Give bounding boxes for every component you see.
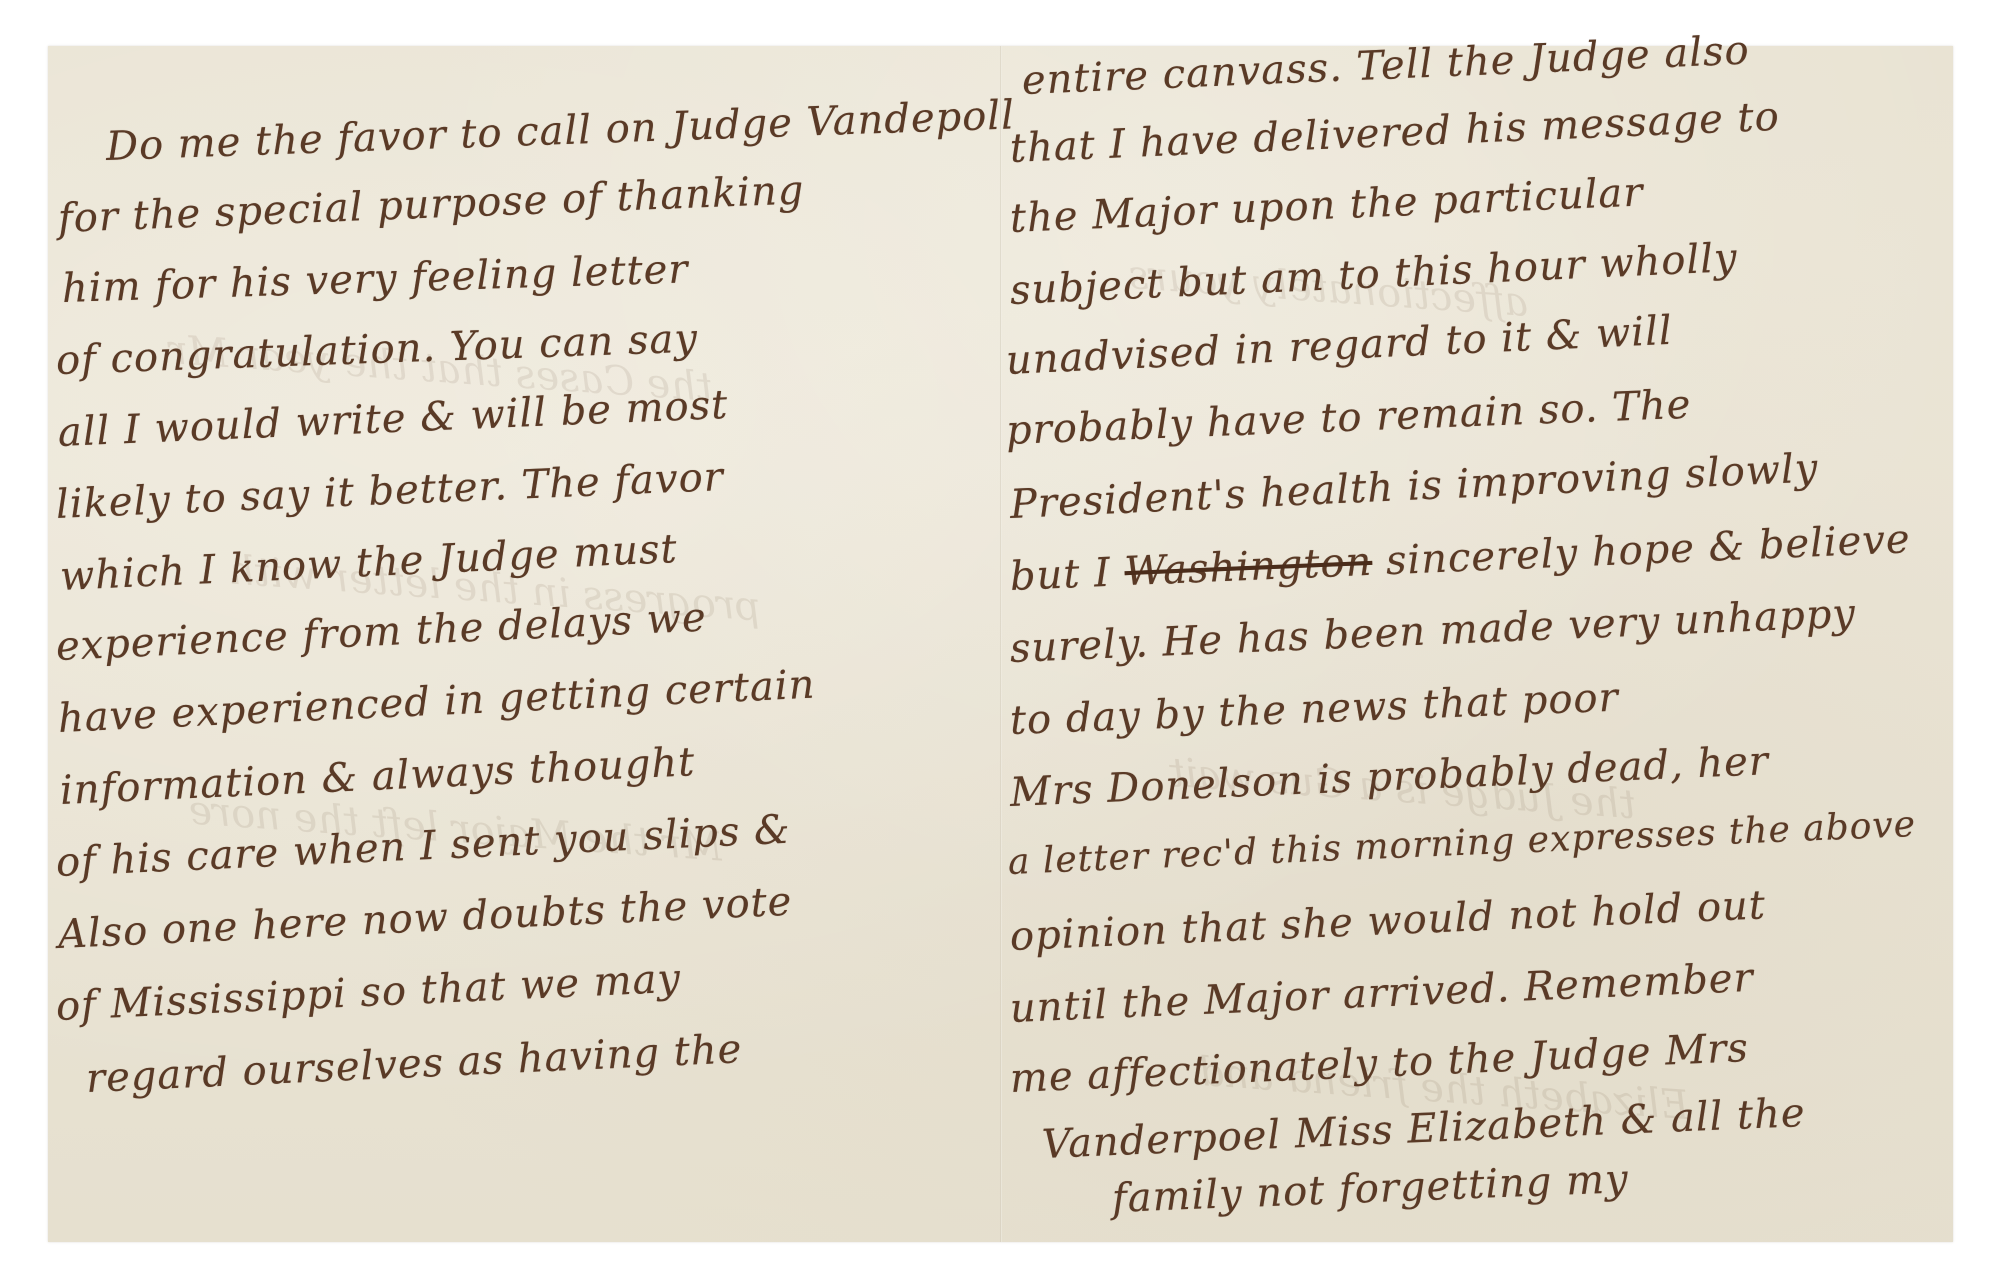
handwritten-line: all I would write & will be most: [57, 382, 729, 456]
handwritten-line: Also one here now doubts the vote: [57, 879, 793, 958]
handwritten-line: President's health is improving slowly: [1009, 445, 1819, 528]
line-end: sincerely hope & believe: [1385, 516, 1911, 584]
right-page: entire canvass. Tell the Judge also that…: [1002, 46, 1953, 1242]
crossed-out-word: Washington: [1124, 539, 1374, 595]
letter-sheet: the Cases that the year Mr progress in t…: [48, 46, 1953, 1242]
handwritten-line: Do me the favor to call on Judge Vandepo…: [105, 92, 1015, 170]
handwritten-line: him for his very feeling letter: [61, 246, 689, 312]
handwritten-line: me affectionately to the Judge Mrs: [1009, 1025, 1750, 1102]
handwritten-line: for the special purpose of thanking: [57, 167, 805, 242]
handwritten-line: which I know the Judge must: [59, 526, 679, 600]
handwritten-line: unadvised in regard to it & will: [1005, 308, 1674, 384]
handwritten-line: until the Major arrived. Remember: [1009, 955, 1754, 1032]
handwritten-line: surely. He has been made very unhappy: [1009, 591, 1857, 672]
handwritten-line: entire canvass. Tell the Judge also: [1021, 28, 1750, 104]
handwritten-line: opinion that she would not hold out: [1009, 882, 1767, 960]
handwritten-line: a letter rec'd this morning expresses th…: [1007, 804, 1917, 883]
handwritten-line: probably have to remain so. The: [1005, 382, 1692, 454]
handwritten-line: of Mississippi so that we may: [55, 956, 682, 1030]
handwritten-line: subject but am to this hour wholly: [1009, 235, 1739, 314]
handwritten-line: information & always thought: [59, 739, 696, 814]
handwritten-line: likely to say it better. The favor: [55, 454, 725, 528]
handwritten-line: of his care when I sent you slips &: [55, 807, 792, 886]
handwritten-line: have experienced in getting certain: [57, 662, 816, 742]
handwritten-line: regard ourselves as having the: [85, 1026, 743, 1102]
handwritten-line: Mrs Donelson is probably dead, her: [1009, 738, 1770, 816]
line-start: but I: [1009, 550, 1112, 600]
handwritten-line: to day by the news that poor: [1009, 675, 1619, 744]
handwritten-line: family not forgetting my: [1111, 1156, 1629, 1222]
left-page: Do me the favor to call on Judge Vandepo…: [48, 46, 1000, 1242]
handwritten-line: but I Washington sincerely hope & believ…: [1009, 516, 1911, 600]
handwritten-line: experience from the delays we: [55, 594, 708, 669]
handwritten-line: that I have delivered his message to: [1009, 94, 1781, 172]
handwritten-line: the Major upon the particular: [1009, 169, 1644, 242]
handwritten-line: Vanderpoel Miss Elizabeth & all the: [1041, 1090, 1806, 1168]
handwritten-line: of congratulation. You can say: [55, 316, 698, 384]
